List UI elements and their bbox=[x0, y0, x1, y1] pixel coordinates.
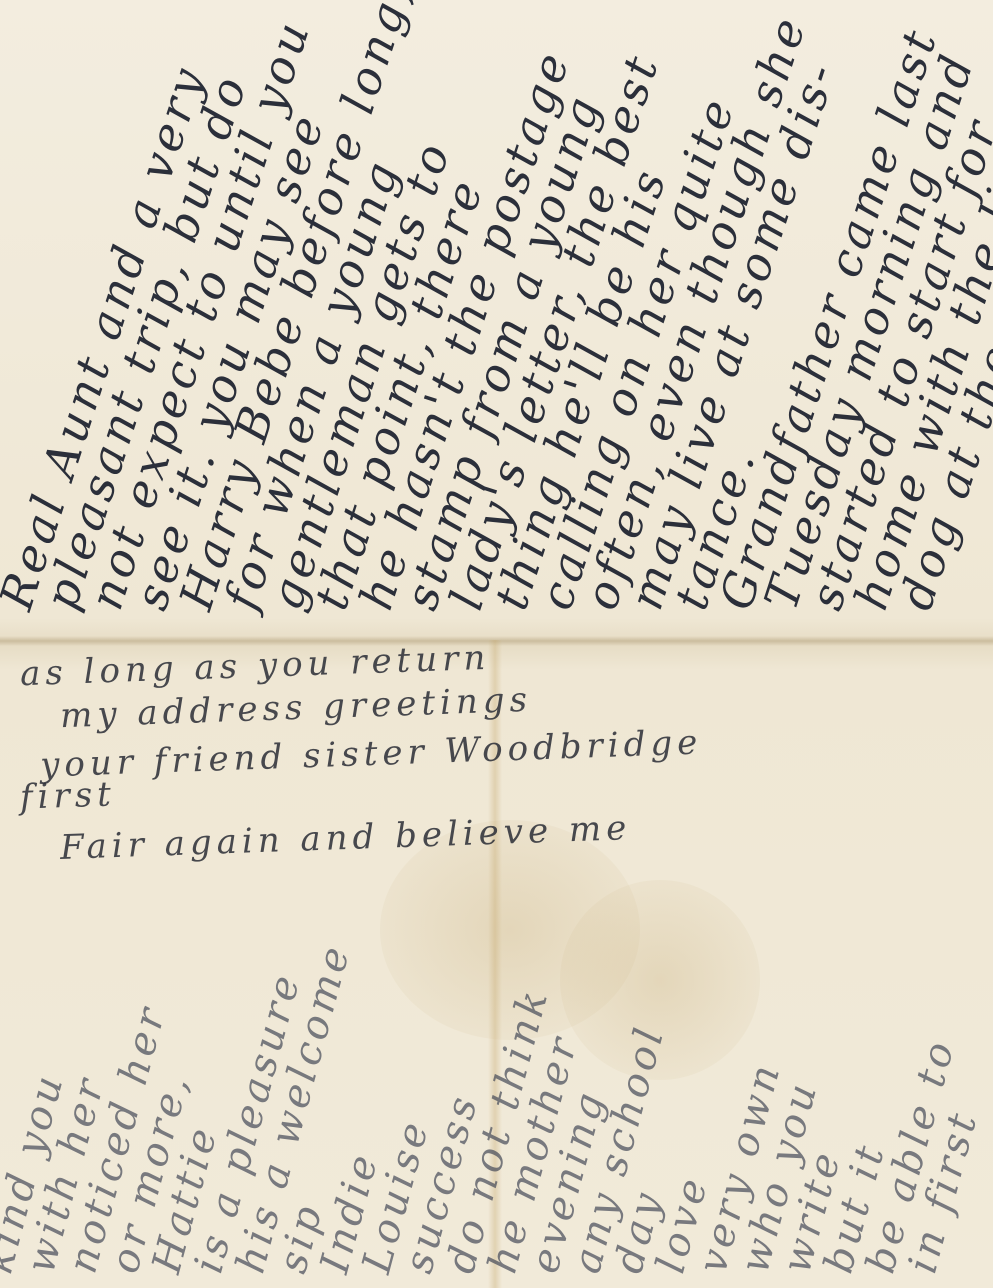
top-half-writing: Real Aunt and a very pleasant trip, but … bbox=[0, 0, 993, 636]
bottom-half-writing: kind you with her noticed her or more, H… bbox=[0, 646, 993, 1288]
cross-writing-line: first bbox=[19, 774, 116, 817]
letter-page: Real Aunt and a very pleasant trip, but … bbox=[0, 0, 993, 1288]
cross-writing-line: Fair again and believe me bbox=[59, 808, 631, 868]
